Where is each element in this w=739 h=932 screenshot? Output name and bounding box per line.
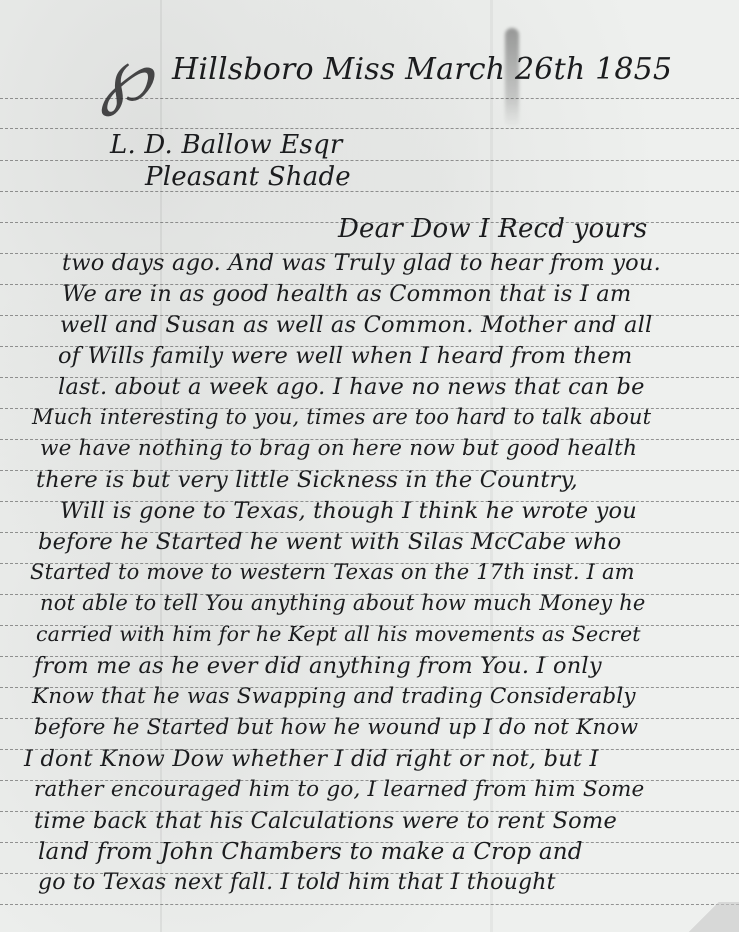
body-line: well and Susan as well as Common. Mother… — [60, 312, 652, 338]
body-line: before he Started but how he wound up I … — [34, 715, 638, 740]
salutation: Dear Dow I Recd yours — [338, 214, 647, 244]
body-line: there is but very little Sickness in the… — [36, 467, 578, 493]
body-line: Much interesting to you, times are too h… — [32, 405, 651, 429]
body-line: time back that his Calculations were to … — [34, 808, 617, 834]
body-line: we have nothing to brag on here now but … — [40, 436, 637, 461]
body-line: carried with him for he Kept all his mov… — [36, 622, 641, 646]
paper-corner — [669, 902, 739, 932]
body-line: from me as he ever did anything from You… — [34, 653, 602, 679]
body-line: Started to move to western Texas on the … — [30, 560, 635, 584]
body-line: two days ago. And was Truly glad to hear… — [62, 250, 661, 276]
body-line: Know that he was Swapping and trading Co… — [32, 684, 636, 709]
rule-line — [0, 191, 739, 192]
rule-line — [0, 160, 739, 161]
letter-page: ℘ Hillsboro Miss March 26th 1855 L. D. B… — [0, 0, 739, 932]
heading-flourish: ℘ — [100, 32, 152, 118]
body-line: before he Started he went with Silas McC… — [38, 529, 621, 555]
body-line: not able to tell You anything about how … — [40, 591, 646, 615]
addressee: L. D. Ballow Esqr — [110, 130, 342, 160]
dateline: Hillsboro Miss March 26th 1855 — [172, 52, 672, 87]
body-line: land from John Chambers to make a Crop a… — [38, 839, 583, 865]
body-line: We are in as good health as Common that … — [62, 281, 631, 307]
addressee-place: Pleasant Shade — [145, 162, 351, 192]
body-line: of Wills family were well when I heard f… — [58, 343, 632, 369]
body-line: go to Texas next fall. I told him that I… — [38, 870, 556, 895]
body-line: Will is gone to Texas, though I think he… — [60, 498, 637, 524]
rule-line — [0, 128, 739, 129]
rule-line — [0, 904, 739, 905]
body-line: last. about a week ago. I have no news t… — [58, 374, 645, 400]
body-line: I dont Know Dow whether I did right or n… — [24, 746, 599, 772]
body-line: rather encouraged him to go, I learned f… — [34, 777, 644, 802]
